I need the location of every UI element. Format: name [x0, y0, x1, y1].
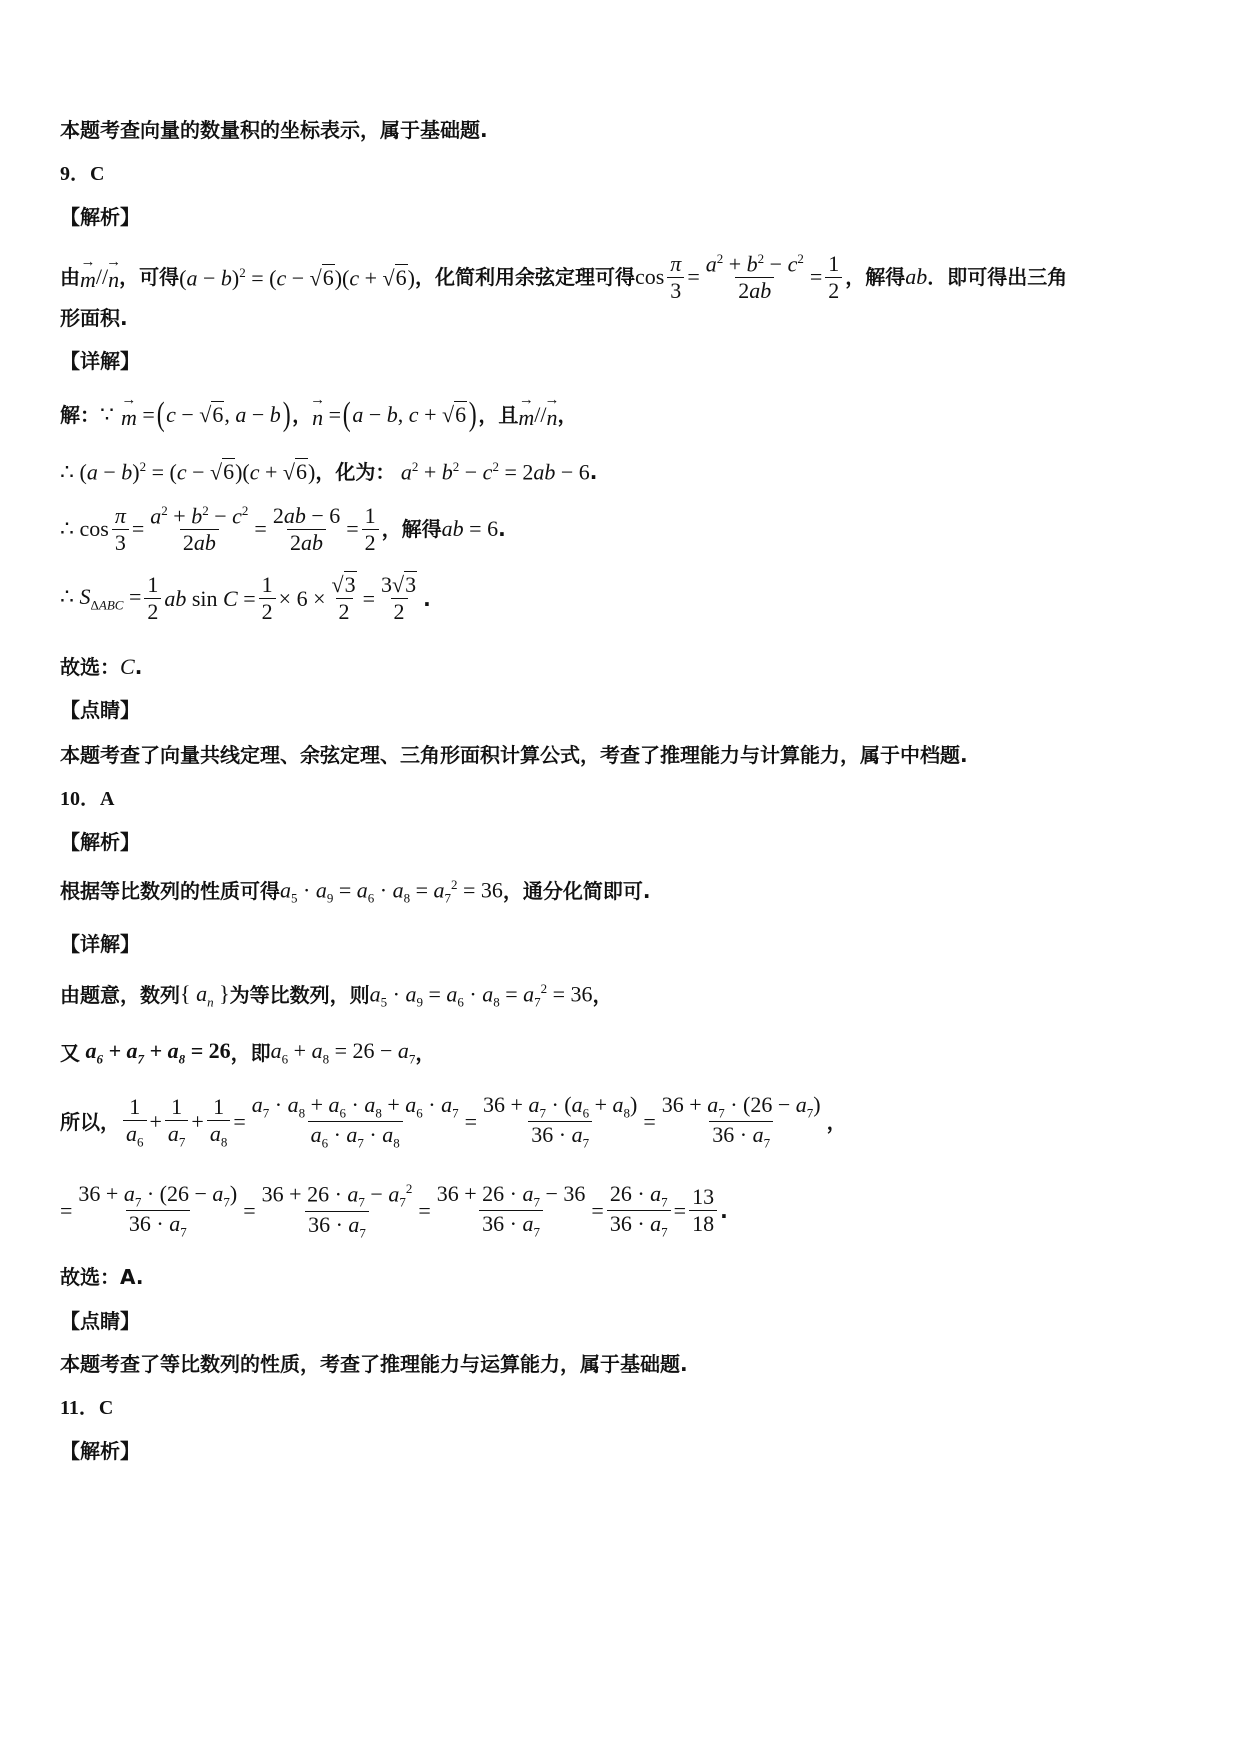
text: ，化简利用余弦定理可得: [415, 267, 635, 287]
section-label: 【点睛】: [60, 1311, 140, 1331]
q9-dianjing-label: 【点睛】: [60, 700, 140, 720]
text: 故选：: [60, 657, 120, 677]
q10-step2: 又 a6 + a7 + a8 = 26 ，即 a6 + a8 = 26 − a7…: [60, 1040, 435, 1065]
question-answer: C: [99, 1398, 113, 1418]
text: 根据等比数列的性质可得: [60, 881, 280, 901]
math-expr: a6 + a7 + a8 = 26: [80, 1040, 231, 1065]
text: ，: [558, 405, 578, 425]
section-label: 【解析】: [60, 1441, 140, 1461]
q10-header: 10． A: [60, 789, 114, 809]
answer-value: C: [120, 656, 135, 678]
section-label: 【详解】: [60, 351, 140, 371]
fraction: 12: [825, 253, 842, 302]
section-label: 【点睛】: [60, 700, 140, 720]
q9-step2: ∴ (a − b)2 = (c − √6)(c + √6) ，化为： a2 + …: [60, 460, 597, 483]
math-ab: ab: [905, 266, 927, 288]
question-number: 11．: [60, 1398, 99, 1418]
section-label: 【详解】: [60, 934, 140, 954]
q9-jiexi-line1: 由 m//n ，可得 (a − b)2 = (c − √6)(c + √6) ，…: [60, 252, 1067, 302]
q9-conclusion: 故选： C .: [60, 656, 142, 678]
because-sign: ∵: [100, 404, 114, 426]
question-number: 10．: [60, 789, 100, 809]
text: 又: [60, 1043, 80, 1063]
q10-step4: = 36 + a7 · (26 − a7)36 · a7= 36 + 26 · …: [60, 1182, 728, 1239]
text: ．即可得出三角: [927, 267, 1067, 287]
summary-text: 本题考查向量的数量积的坐标表示，属于基础题.: [60, 120, 488, 140]
question-answer: C: [90, 164, 104, 184]
q10-jiexi-line: 根据等比数列的性质可得 a5 · a9 = a6 · a8 = a72 = 36…: [60, 878, 651, 905]
vector-n: n: [108, 263, 119, 291]
math-expr: a2 + b2 − c2 = 2ab − 6: [395, 460, 589, 483]
vector-m: m: [80, 263, 96, 291]
question-number: 9．: [60, 164, 90, 184]
text: ，: [415, 1043, 435, 1063]
q9-jiexi-line2: 形面积.: [60, 308, 128, 328]
q9-jiexi-label: 【解析】: [60, 207, 140, 227]
text: 所以，: [60, 1112, 120, 1132]
text: 本题考查了等比数列的性质，考查了推理能力与运算能力，属于基础题.: [60, 1354, 688, 1374]
text: 本题考查了向量共线定理、余弦定理、三角形面积计算公式，考查了推理能力与计算能力，…: [60, 745, 968, 765]
text: 故选：A.: [60, 1267, 143, 1287]
math-expr: ∴ (a − b)2 = (c − √6)(c + √6): [60, 460, 315, 483]
text: .: [590, 462, 598, 482]
q9-xiangjie-label: 【详解】: [60, 351, 140, 371]
text: ，化为：: [315, 462, 395, 482]
text: 形面积.: [60, 308, 128, 328]
previous-summary: 本题考查向量的数量积的坐标表示，属于基础题.: [60, 120, 488, 140]
q9-step1: 解： ∵ m =(c − √6, a − b) ， n =(a − b, c +…: [60, 398, 578, 432]
vector-n: n: [312, 401, 323, 429]
math-expr: a5 · a9 = a6 · a8 = a72 = 36: [280, 878, 503, 905]
q10-dianjing-label: 【点睛】: [60, 1311, 140, 1331]
q10-jiexi-label: 【解析】: [60, 832, 140, 852]
q10-xiangjie-label: 【详解】: [60, 934, 140, 954]
math-cos: cos: [635, 266, 664, 288]
text: ，可得: [119, 267, 179, 287]
text: .: [498, 519, 506, 539]
math-expr: { an }: [180, 983, 230, 1008]
q10-step3: 所以， 1a6+ 1a7+ 1a8= a7 · a8 + a6 · a8 + a…: [60, 1094, 847, 1150]
text: ，: [593, 985, 613, 1005]
math-expr: (a − b)2 = (c − √6)(c + √6): [179, 266, 415, 289]
text: 由: [60, 267, 80, 287]
text: ，通分化简即可.: [503, 881, 651, 901]
text: 解：: [60, 405, 100, 425]
math-expr: ab = 6: [442, 518, 498, 540]
fraction: π3: [667, 253, 684, 302]
text: ，: [827, 1112, 847, 1132]
text: .: [423, 589, 431, 609]
vector-m: m: [518, 401, 534, 429]
vector-m: m: [121, 401, 137, 429]
text: ，: [292, 405, 312, 425]
section-label: 【解析】: [60, 207, 140, 227]
q10-conclusion: 故选：A.: [60, 1267, 143, 1287]
text: ，且: [478, 405, 518, 425]
question-answer: A: [100, 789, 114, 809]
math-expr: a6 + a8 = 26 − a7: [271, 1040, 416, 1065]
q10-step1: 由题意，数列 { an } 为等比数列，则 a5 · a9 = a6 · a8 …: [60, 982, 613, 1009]
math-expr: a5 · a9 = a6 · a8 = a72 = 36: [370, 982, 593, 1009]
text: ，解得: [382, 519, 442, 539]
text: 由题意，数列: [60, 985, 180, 1005]
q9-dianjing-text: 本题考查了向量共线定理、余弦定理、三角形面积计算公式，考查了推理能力与计算能力，…: [60, 745, 968, 765]
q10-dianjing-text: 本题考查了等比数列的性质，考查了推理能力与运算能力，属于基础题.: [60, 1354, 688, 1374]
q11-jiexi-label: 【解析】: [60, 1441, 140, 1461]
text: .: [720, 1201, 728, 1221]
q9-step3: ∴ cos π3 = a2 + b2 − c22ab = 2ab − 62ab …: [60, 504, 506, 554]
q9-header: 9． C: [60, 164, 104, 184]
q11-header: 11． C: [60, 1398, 113, 1418]
text: .: [135, 657, 143, 677]
fraction: a2 + b2 − c22ab: [703, 252, 807, 302]
text: ，解得: [845, 267, 905, 287]
text: 为等比数列，则: [230, 985, 370, 1005]
text: ，即: [231, 1043, 271, 1063]
vector-n: n: [547, 401, 558, 429]
q9-step4: ∴ SΔABC = 12 ab sin C = 12 × 6 × √32 = 3…: [60, 574, 431, 623]
section-label: 【解析】: [60, 832, 140, 852]
